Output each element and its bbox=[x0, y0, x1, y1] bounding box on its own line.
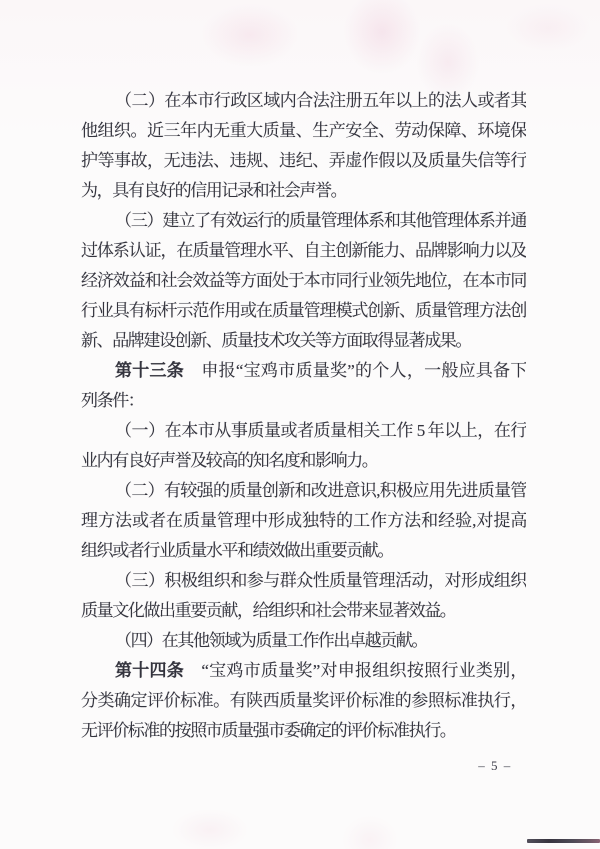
text-run: 分类确定评价标准。有陕西质量奖评价标准的参照标准执行， bbox=[81, 691, 526, 710]
paragraph: 第十三条 申报“宝鸡市质量奖”的个人，一般应具备下列条件： bbox=[81, 356, 526, 416]
text-line: （三）积极组织和参与群众性质量管理活动，对形成组织 bbox=[81, 566, 526, 596]
text-line: 理方法或者在质量管理中形成独特的工作方法和经验,对提高 bbox=[81, 506, 526, 536]
text-line: 无评价标准的按照市质量强市委确定的评价标准执行。 bbox=[81, 716, 526, 746]
text-run: 新、品牌建设创新、质量技术攻关等方面取得显著成果。 bbox=[81, 331, 471, 350]
scan-edge-artifact bbox=[527, 839, 600, 843]
text-run: （四）在其他领域为质量工作作出卓越贡献。 bbox=[115, 631, 427, 650]
document-body: （二）在本市行政区域内合法注册五年以上的法人或者其他组织。近三年内无重大质量、生… bbox=[81, 86, 526, 746]
page-number: – 5 – bbox=[460, 758, 530, 774]
text-line: （一）在本市从事质量或者质量相关工作 5 年以上，在行 bbox=[81, 416, 526, 446]
text-run: （三）积极组织和参与群众性质量管理活动，对形成组织 bbox=[115, 571, 526, 590]
text-line: 第十三条 申报“宝鸡市质量奖”的个人，一般应具备下 bbox=[81, 356, 526, 386]
text-run: 过体系认证，在质量管理水平、自主创新能力、品牌影响力以及 bbox=[81, 241, 526, 260]
text-line: 第十四条 “宝鸡市质量奖”对申报组织按照行业类别， bbox=[81, 656, 526, 686]
paragraph: （三）建立了有效运行的质量管理体系和其他管理体系并通过体系认证，在质量管理水平、… bbox=[81, 206, 526, 356]
article-number: 第十三条 bbox=[115, 361, 184, 380]
paragraph: （三）积极组织和参与群众性质量管理活动，对形成组织质量文化做出重要贡献，给组织和… bbox=[81, 566, 526, 626]
text-run: 为，具有良好的信用记录和社会声誉。 bbox=[81, 181, 346, 200]
text-line: 护等事故，无违法、违规、违纪、弄虚作假以及质量失信等行 bbox=[81, 146, 526, 176]
paragraph: （二）有较强的质量创新和改进意识,积极应用先进质量管理方法或者在质量管理中形成独… bbox=[81, 476, 526, 566]
text-run: 质量文化做出重要贡献，给组织和社会带来显著效益。 bbox=[81, 601, 455, 620]
text-run: 理方法或者在质量管理中形成独特的工作方法和经验,对提高 bbox=[81, 511, 526, 530]
text-run: （二）有较强的质量创新和改进意识,积极应用先进质量管 bbox=[115, 481, 526, 500]
text-line: 新、品牌建设创新、质量技术攻关等方面取得显著成果。 bbox=[81, 326, 526, 356]
text-run: 无评价标准的按照市质量强市委确定的评价标准执行。 bbox=[81, 721, 455, 740]
text-line: 行业具有标杆示范作用或在质量管理模式创新、质量管理方法创 bbox=[81, 296, 526, 326]
text-run: 列条件： bbox=[81, 391, 143, 410]
paragraph: （四）在其他领域为质量工作作出卓越贡献。 bbox=[81, 626, 526, 656]
text-line: 业内有良好声誉及较高的知名度和影响力。 bbox=[81, 446, 526, 476]
text-run: 业内有良好声誉及较高的知名度和影响力。 bbox=[81, 451, 377, 470]
paragraph: （一）在本市从事质量或者质量相关工作 5 年以上，在行业内有良好声誉及较高的知名… bbox=[81, 416, 526, 476]
text-run: 经济效益和社会效益等方面处于本市同行业领先地位，在本市同 bbox=[81, 271, 526, 290]
text-line: 为，具有良好的信用记录和社会声誉。 bbox=[81, 176, 526, 206]
text-run: （一）在本市从事质量或者质量相关工作 5 年以上，在行 bbox=[115, 421, 526, 440]
paragraph: （二）在本市行政区域内合法注册五年以上的法人或者其他组织。近三年内无重大质量、生… bbox=[81, 86, 526, 206]
text-run: （二）在本市行政区域内合法注册五年以上的法人或者其 bbox=[115, 91, 526, 110]
text-run: “宝鸡市质量奖”对申报组织按照行业类别， bbox=[184, 661, 526, 680]
text-line: （三）建立了有效运行的质量管理体系和其他管理体系并通 bbox=[81, 206, 526, 236]
text-line: 经济效益和社会效益等方面处于本市同行业领先地位，在本市同 bbox=[81, 266, 526, 296]
text-line: 分类确定评价标准。有陕西质量奖评价标准的参照标准执行， bbox=[81, 686, 526, 716]
text-run: 申报“宝鸡市质量奖”的个人，一般应具备下 bbox=[184, 361, 526, 380]
text-line: （二）有较强的质量创新和改进意识,积极应用先进质量管 bbox=[81, 476, 526, 506]
paragraph: 第十四条 “宝鸡市质量奖”对申报组织按照行业类别，分类确定评价标准。有陕西质量奖… bbox=[81, 656, 526, 746]
article-number: 第十四条 bbox=[115, 661, 184, 680]
text-run: 他组织。近三年内无重大质量、生产安全、劳动保障、环境保 bbox=[81, 121, 526, 140]
text-line: 组织或者行业质量水平和绩效做出重要贡献。 bbox=[81, 536, 526, 566]
text-line: 他组织。近三年内无重大质量、生产安全、劳动保障、环境保 bbox=[81, 116, 526, 146]
text-run: 组织或者行业质量水平和绩效做出重要贡献。 bbox=[81, 541, 393, 560]
text-line: 列条件： bbox=[81, 386, 526, 416]
text-line: （四）在其他领域为质量工作作出卓越贡献。 bbox=[81, 626, 526, 656]
text-run: 护等事故，无违法、违规、违纪、弄虚作假以及质量失信等行 bbox=[81, 151, 526, 170]
text-run: 行业具有标杆示范作用或在质量管理模式创新、质量管理方法创 bbox=[81, 301, 526, 320]
document-page: （二）在本市行政区域内合法注册五年以上的法人或者其他组织。近三年内无重大质量、生… bbox=[0, 0, 600, 849]
text-line: （二）在本市行政区域内合法注册五年以上的法人或者其 bbox=[81, 86, 526, 116]
text-line: 过体系认证，在质量管理水平、自主创新能力、品牌影响力以及 bbox=[81, 236, 526, 266]
text-line: 质量文化做出重要贡献，给组织和社会带来显著效益。 bbox=[81, 596, 526, 626]
text-run: （三）建立了有效运行的质量管理体系和其他管理体系并通 bbox=[115, 211, 526, 230]
